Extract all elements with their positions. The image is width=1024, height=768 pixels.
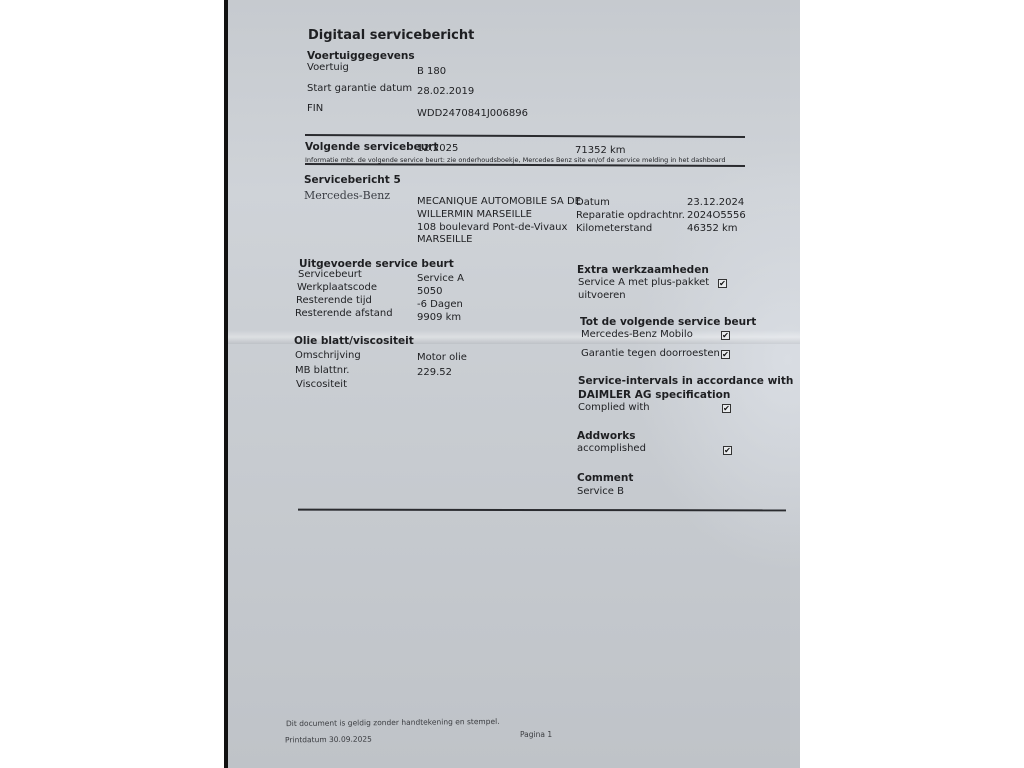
fin-label: FIN (307, 103, 323, 114)
addworks-label: accomplished (577, 443, 646, 454)
order-number-label: Reparatie opdrachtnr. (576, 210, 685, 221)
intervals-label: Complied with (578, 402, 650, 413)
service-type-value: Service A (417, 273, 464, 284)
extra-work-line-1: Service A met plus-pakket (578, 277, 709, 288)
oil-spec-value: 229.52 (417, 367, 452, 378)
remaining-distance-label: Resterende afstand (295, 308, 393, 319)
workshop-line-1: MECANIQUE AUTOMOBILE SA DE (417, 196, 581, 207)
oil-description-label: Omschrijving (295, 350, 361, 361)
date-label: Datum (576, 197, 610, 208)
comment-heading: Comment (577, 472, 633, 484)
oil-heading: Olie blatt/viscositeit (294, 335, 414, 347)
order-number-value: 2024O5556 (687, 210, 746, 221)
vehicle-value: B 180 (417, 66, 446, 77)
mobilo-label: Mercedes-Benz Mobilo (581, 329, 693, 340)
vehicle-section-heading: Voertuiggegevens (307, 50, 415, 62)
fin-value: WDD2470841J006896 (417, 108, 528, 119)
workshop-line-2: WILLERMIN MARSEILLE (417, 209, 532, 220)
remaining-distance-value: 9909 km (417, 312, 461, 323)
viscosity-label: Viscositeit (296, 379, 347, 390)
addworks-checkbox[interactable]: ✔ (723, 446, 732, 455)
rust-warranty-checkbox[interactable]: ✔ (721, 350, 730, 359)
mileage-label: Kilometerstand (576, 223, 652, 234)
extra-work-line-2: uitvoeren (578, 290, 626, 301)
addworks-heading: Addworks (577, 430, 635, 442)
mileage-value: 46352 km (687, 223, 738, 234)
print-date: Printdatum 30.09.2025 (285, 735, 372, 745)
mobilo-checkbox[interactable]: ✔ (721, 331, 730, 340)
intervals-heading-1: Service-intervals in accordance with (578, 375, 793, 387)
service-report-heading: Servicebericht 5 (304, 174, 401, 186)
workshop-line-3: 108 boulevard Pont-de-Vivaux (417, 222, 567, 233)
brand-name: Mercedes-Benz (304, 189, 390, 202)
extra-work-heading: Extra werkzaamheden (577, 264, 709, 276)
next-service-date: 12.2025 (417, 143, 458, 154)
remaining-time-label: Resterende tijd (296, 295, 372, 306)
intervals-heading-2: DAIMLER AG specification (578, 389, 730, 401)
remaining-time-value: -6 Dagen (417, 299, 463, 310)
intervals-checkbox[interactable]: ✔ (722, 404, 731, 413)
workshop-line-4: MARSEILLE (417, 234, 473, 245)
vehicle-label: Voertuig (307, 62, 349, 73)
date-value: 23.12.2024 (687, 197, 744, 208)
until-next-heading: Tot de volgende service beurt (580, 316, 756, 328)
warranty-start-label: Start garantie datum (307, 83, 412, 94)
workshop-code-value: 5050 (417, 286, 442, 297)
oil-spec-label: MB blattnr. (295, 365, 349, 376)
extra-work-checkbox[interactable]: ✔ (718, 279, 727, 288)
comment-value: Service B (577, 486, 624, 497)
page-number: Pagina 1 (520, 730, 552, 739)
next-service-km: 71352 km (575, 145, 626, 156)
service-type-label: Servicebeurt (298, 269, 362, 280)
workshop-code-label: Werkplaatscode (297, 282, 377, 293)
document-title: Digitaal servicebericht (308, 28, 474, 43)
oil-description-value: Motor olie (417, 352, 467, 363)
rust-warranty-label: Garantie tegen doorroesten (581, 348, 720, 359)
warranty-start-value: 28.02.2019 (417, 86, 474, 97)
